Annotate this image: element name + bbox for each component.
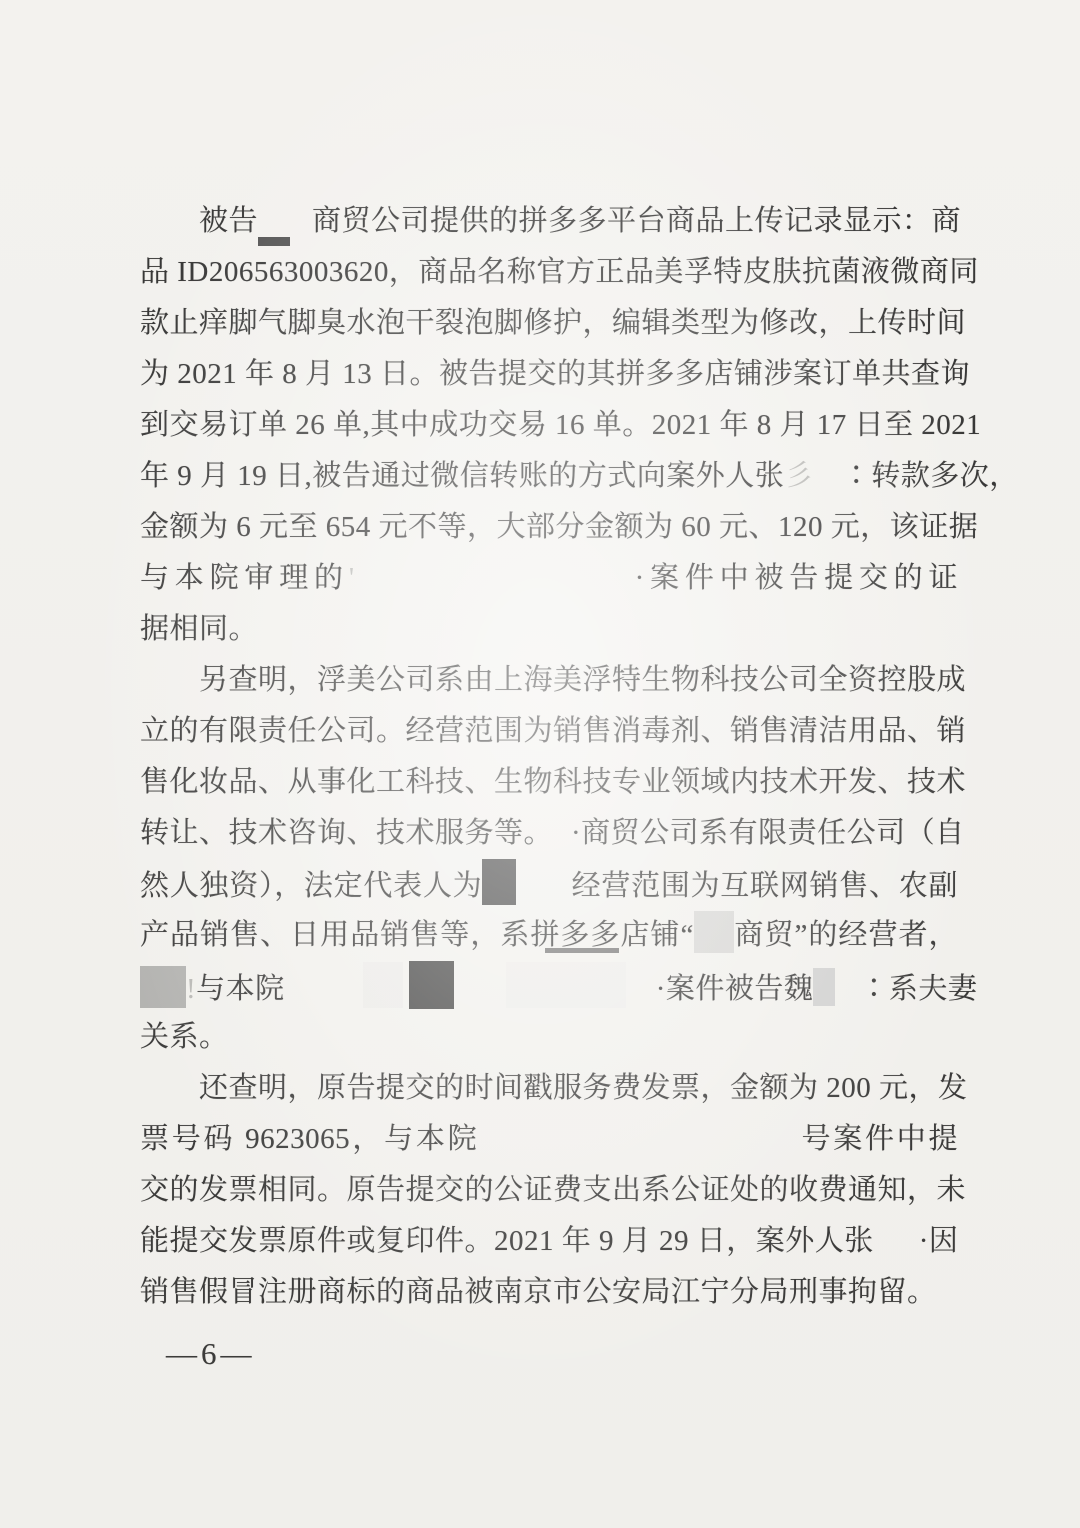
text-line: 还查明，原告提交的时间戳服务费发票，金额为 200 元，发 xyxy=(140,1063,958,1114)
text-run: 品 ID206563003620，商品名称官方正品美孚特皮肤抗菌液微商同 xyxy=(140,256,979,288)
text-run: 关系。 xyxy=(140,1021,229,1053)
text-line: 年 9 月 19 日,被告通过微信转账的方式向案外人张彡∶转款多次， xyxy=(140,451,958,502)
redaction-box xyxy=(409,961,454,1009)
faint-redaction-remnant: 彡 xyxy=(784,460,814,492)
redaction-box xyxy=(363,962,403,1008)
redaction-box xyxy=(813,968,835,1006)
text-line: 品 ID206563003620，商品名称官方正品美孚特皮肤抗菌液微商同 xyxy=(140,247,958,298)
text-run: 号案件中提 xyxy=(799,1123,958,1155)
text-line: 立的有限责任公司。经营范围为销售消毒剂、销售清洁用品、销 xyxy=(140,706,958,757)
text-run: 销售假冒注册商标的商品被南京市公安局江宁分局刑事拘留。 xyxy=(140,1276,937,1308)
redaction-gap xyxy=(479,1147,799,1148)
text-run: 转让、技术咨询、技术服务等。 xyxy=(140,817,553,849)
text-line: 金额为 6 元至 654 元不等，大部分金额为 60 元、120 元，该证据 xyxy=(140,502,958,553)
text-run: 为 2021 年 8 月 13 日。被告提交的其拼多多店铺涉案订单共查询 xyxy=(140,358,970,390)
text-line: 与本院审理的'·案件中被告提交的证 xyxy=(140,553,958,604)
text-run: 然人独资），法定代表人为 xyxy=(140,870,482,902)
redaction-gap xyxy=(553,841,571,842)
redaction-gap xyxy=(814,484,842,485)
redaction-gap xyxy=(355,586,635,587)
redaction-gap xyxy=(290,229,312,230)
faint-redaction-remnant: ! xyxy=(186,973,196,1005)
text-line: 为 2021 年 8 月 13 日。被告提交的其拼多多店铺涉案订单共查询 xyxy=(140,349,958,400)
text-run: 商贸公司提供的拼多多平台商品上传记录显示：商 xyxy=(312,205,961,237)
page-number: —6— xyxy=(166,1336,256,1372)
text-line: 票号码 9623065，与本院号案件中提 xyxy=(140,1114,958,1165)
text-run: 能提交发票原件或复印件。2021 年 9 月 29 日，案外人张 xyxy=(140,1225,874,1257)
text-run: 与本院审理的 xyxy=(140,562,349,594)
text-run: ∶系夫妻 xyxy=(859,973,977,1005)
document-page: 被告商贸公司提供的拼多多平台商品上传记录显示：商品 ID206563003620… xyxy=(0,0,1080,1528)
text-run: ·案件被告魏 xyxy=(656,973,814,1005)
redaction-box xyxy=(694,911,734,953)
text-run: 还查明，原告提交的时间戳服务费发票，金额为 200 元，发 xyxy=(140,1072,968,1104)
text-line: 能提交发票原件或复印件。2021 年 9 月 29 日，案外人张·因 xyxy=(140,1216,958,1267)
text-run: 据相同。 xyxy=(140,613,258,645)
text-line: 交的发票相同。原告提交的公证费支出系公证处的收费通知，未 xyxy=(140,1165,958,1216)
text-line: 转让、技术咨询、技术服务等。·商贸公司系有限责任公司（自 xyxy=(140,808,958,859)
redaction-box xyxy=(140,966,186,1008)
text-run: 产品销售、日用品销售等，系拼多多店铺“ xyxy=(140,919,694,951)
text-line: 然人独资），法定代表人为经营范围为互联网销售、农副 xyxy=(140,859,958,910)
text-line: 款止痒脚气脚臭水泡干裂泡脚修护，编辑类型为修改，上传时间 xyxy=(140,298,958,349)
text-run: 交的发票相同。原告提交的公证费支出系公证处的收费通知，未 xyxy=(140,1174,966,1206)
document-body: 被告商贸公司提供的拼多多平台商品上传记录显示：商品 ID206563003620… xyxy=(140,196,958,1318)
text-run: 经营范围为互联网销售、农副 xyxy=(571,870,958,902)
text-line: 被告商贸公司提供的拼多多平台商品上传记录显示：商 xyxy=(140,196,958,247)
text-run: 金额为 6 元至 654 元不等，大部分金额为 60 元、120 元，该证据 xyxy=(140,511,978,543)
text-line: 产品销售、日用品销售等，系拼多多店铺“商贸”的经营者， xyxy=(140,910,958,961)
text-run: ·商贸公司系有限责任公司（自 xyxy=(571,817,965,849)
text-run: 到交易订单 26 单,其中成功交易 16 单。2021 年 8 月 17 日至 … xyxy=(140,409,981,441)
text-run: 年 9 月 19 日,被告通过微信转账的方式向案外人张 xyxy=(140,460,784,492)
text-run: ·因 xyxy=(919,1225,959,1257)
redaction-box xyxy=(258,237,290,246)
text-run: 立的有限责任公司。经营范围为销售消毒剂、销售清洁用品、销 xyxy=(140,715,966,747)
text-line: !与本院·案件被告魏∶系夫妻 xyxy=(140,961,958,1012)
redaction-gap xyxy=(454,997,506,998)
underline-artifact xyxy=(545,948,619,953)
text-line: 到交易订单 26 单,其中成功交易 16 单。2021 年 8 月 17 日至 … xyxy=(140,400,958,451)
text-run: ·案件中被告提交的证 xyxy=(635,562,958,594)
text-run: 被告 xyxy=(140,205,258,237)
text-line: 据相同。 xyxy=(140,604,958,655)
redaction-gap xyxy=(626,997,656,998)
redaction-box xyxy=(506,962,626,1008)
text-line: 销售假冒注册商标的商品被南京市公安局江宁分局刑事拘留。 xyxy=(140,1267,958,1318)
redaction-gap xyxy=(285,997,363,998)
text-run: 款止痒脚气脚臭水泡干裂泡脚修护，编辑类型为修改，上传时间 xyxy=(140,307,966,339)
text-line: 关系。 xyxy=(140,1012,958,1063)
redaction-gap xyxy=(516,894,571,895)
redaction-box xyxy=(482,859,516,905)
text-run: 商贸”的经营者， xyxy=(734,919,958,951)
text-run: 票号码 9623065，与本院 xyxy=(140,1123,479,1155)
text-run: ∶转款多次， xyxy=(842,460,1019,492)
redaction-gap xyxy=(874,1249,919,1250)
text-run: 另查明，浮美公司系由上海美浮特生物科技公司全资控股成 xyxy=(140,664,966,696)
text-run: 与本院 xyxy=(196,973,285,1005)
faint-redaction-remnant: ' xyxy=(349,562,355,594)
text-line: 售化妆品、从事化工科技、生物科技专业领域内技术开发、技术 xyxy=(140,757,958,808)
redaction-gap xyxy=(835,997,859,998)
text-line: 另查明，浮美公司系由上海美浮特生物科技公司全资控股成 xyxy=(140,655,958,706)
text-run: 售化妆品、从事化工科技、生物科技专业领域内技术开发、技术 xyxy=(140,766,966,798)
